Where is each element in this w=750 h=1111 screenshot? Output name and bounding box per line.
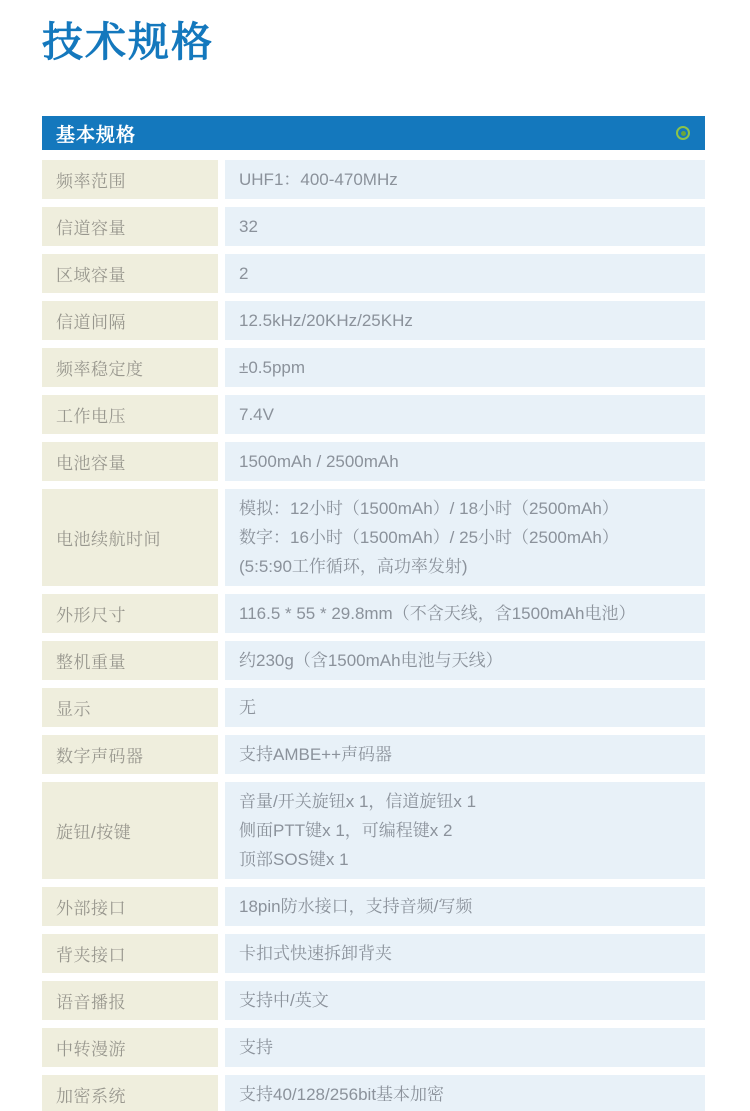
spec-label: 背夹接口 <box>42 934 218 973</box>
spec-value: 约230g（含1500mAh电池与天线） <box>225 641 705 680</box>
spec-value-line: 18pin防水接口，支持音频/写频 <box>239 892 691 921</box>
table-row: 加密系统 支持40/128/256bit基本加密 <box>42 1075 705 1111</box>
spec-value-line: 模拟：12小时（1500mAh）/ 18小时（2500mAh） <box>239 494 691 523</box>
table-row: 信道间隔 12.5kHz/20KHz/25KHz <box>42 301 705 340</box>
content-area: 技术规格 基本规格 频率范围 UHF1：400-470MHz 信道容量 32 区… <box>42 0 705 1111</box>
section-header: 基本规格 <box>42 116 705 150</box>
spec-label: 区域容量 <box>42 254 218 293</box>
spec-value-line: 侧面PTT键x 1，可编程键x 2 <box>239 816 691 845</box>
spec-label: 旋钮/按键 <box>42 782 218 879</box>
spec-value-line: 顶部SOS键x 1 <box>239 845 691 874</box>
table-row: 电池容量 1500mAh / 2500mAh <box>42 442 705 481</box>
spec-value: 7.4V <box>225 395 705 434</box>
spec-label: 外形尺寸 <box>42 594 218 633</box>
spec-page: 技术规格 基本规格 频率范围 UHF1：400-470MHz 信道容量 32 区… <box>0 0 750 1111</box>
spec-label: 频率范围 <box>42 160 218 199</box>
spec-value: 音量/开关旋钮x 1，信道旋钮x 1侧面PTT键x 1，可编程键x 2顶部SOS… <box>225 782 705 879</box>
spec-value-line: 7.4V <box>239 400 691 429</box>
table-row: 频率稳定度 ±0.5ppm <box>42 348 705 387</box>
spec-value: 模拟：12小时（1500mAh）/ 18小时（2500mAh）数字：16小时（1… <box>225 489 705 586</box>
spec-value: 卡扣式快速拆卸背夹 <box>225 934 705 973</box>
spec-value-line: 支持40/128/256bit基本加密 <box>239 1080 691 1109</box>
table-row: 显示 无 <box>42 688 705 727</box>
spec-label: 显示 <box>42 688 218 727</box>
spec-value-line: 2 <box>239 259 691 288</box>
section-title: 基本规格 <box>56 120 136 147</box>
spec-table: 频率范围 UHF1：400-470MHz 信道容量 32 区域容量 2 信道间隔… <box>42 160 705 1111</box>
spec-value-line: 约230g（含1500mAh电池与天线） <box>239 646 691 675</box>
spec-value: UHF1：400-470MHz <box>225 160 705 199</box>
table-row: 频率范围 UHF1：400-470MHz <box>42 160 705 199</box>
spec-label: 电池容量 <box>42 442 218 481</box>
spec-value: 1500mAh / 2500mAh <box>225 442 705 481</box>
table-row: 信道容量 32 <box>42 207 705 246</box>
spec-value-line: (5:5:90工作循环，高功率发射) <box>239 552 691 581</box>
spec-value-line: 支持中/英文 <box>239 986 691 1015</box>
spec-value: 支持中/英文 <box>225 981 705 1020</box>
spec-label: 信道容量 <box>42 207 218 246</box>
table-row: 外部接口 18pin防水接口，支持音频/写频 <box>42 887 705 926</box>
spec-value-line: 1500mAh / 2500mAh <box>239 447 691 476</box>
spec-value-line: 32 <box>239 212 691 241</box>
spec-value: 12.5kHz/20KHz/25KHz <box>225 301 705 340</box>
table-row: 电池续航时间 模拟：12小时（1500mAh）/ 18小时（2500mAh）数字… <box>42 489 705 586</box>
target-circle-icon <box>676 126 690 140</box>
spec-value-line: 12.5kHz/20KHz/25KHz <box>239 306 691 335</box>
table-row: 语音播报 支持中/英文 <box>42 981 705 1020</box>
spec-label: 工作电压 <box>42 395 218 434</box>
spec-value-line: 数字：16小时（1500mAh）/ 25小时（2500mAh） <box>239 523 691 552</box>
target-circle-icon-dot <box>681 131 686 136</box>
spec-value-line: 支持AMBE++声码器 <box>239 740 691 769</box>
table-row: 区域容量 2 <box>42 254 705 293</box>
spec-label: 中转漫游 <box>42 1028 218 1067</box>
spec-label: 外部接口 <box>42 887 218 926</box>
spec-label: 信道间隔 <box>42 301 218 340</box>
spec-value-line: 支持 <box>239 1033 691 1062</box>
table-row: 外形尺寸 116.5 * 55 * 29.8mm（不含天线，含1500mAh电池… <box>42 594 705 633</box>
spec-value: 支持40/128/256bit基本加密 <box>225 1075 705 1111</box>
spec-value-line: ±0.5ppm <box>239 353 691 382</box>
spec-value: 116.5 * 55 * 29.8mm（不含天线，含1500mAh电池） <box>225 594 705 633</box>
table-row: 工作电压 7.4V <box>42 395 705 434</box>
spec-value-line: 无 <box>239 693 691 722</box>
spec-value-line: UHF1：400-470MHz <box>239 165 691 194</box>
spec-value-line: 音量/开关旋钮x 1，信道旋钮x 1 <box>239 787 691 816</box>
spec-label: 加密系统 <box>42 1075 218 1111</box>
spec-value-line: 卡扣式快速拆卸背夹 <box>239 939 691 968</box>
spec-label: 电池续航时间 <box>42 489 218 586</box>
spec-label: 语音播报 <box>42 981 218 1020</box>
table-row: 整机重量 约230g（含1500mAh电池与天线） <box>42 641 705 680</box>
spec-label: 数字声码器 <box>42 735 218 774</box>
spec-label: 频率稳定度 <box>42 348 218 387</box>
spec-value: 支持AMBE++声码器 <box>225 735 705 774</box>
spec-value: 2 <box>225 254 705 293</box>
spec-value: 支持 <box>225 1028 705 1067</box>
spec-label: 整机重量 <box>42 641 218 680</box>
spec-value: 无 <box>225 688 705 727</box>
table-row: 中转漫游 支持 <box>42 1028 705 1067</box>
table-row: 背夹接口 卡扣式快速拆卸背夹 <box>42 934 705 973</box>
spec-value: ±0.5ppm <box>225 348 705 387</box>
page-title: 技术规格 <box>42 0 705 68</box>
spec-value: 18pin防水接口，支持音频/写频 <box>225 887 705 926</box>
table-row: 旋钮/按键 音量/开关旋钮x 1，信道旋钮x 1侧面PTT键x 1，可编程键x … <box>42 782 705 879</box>
table-row: 数字声码器 支持AMBE++声码器 <box>42 735 705 774</box>
spec-value: 32 <box>225 207 705 246</box>
spec-value-line: 116.5 * 55 * 29.8mm（不含天线，含1500mAh电池） <box>239 599 691 628</box>
